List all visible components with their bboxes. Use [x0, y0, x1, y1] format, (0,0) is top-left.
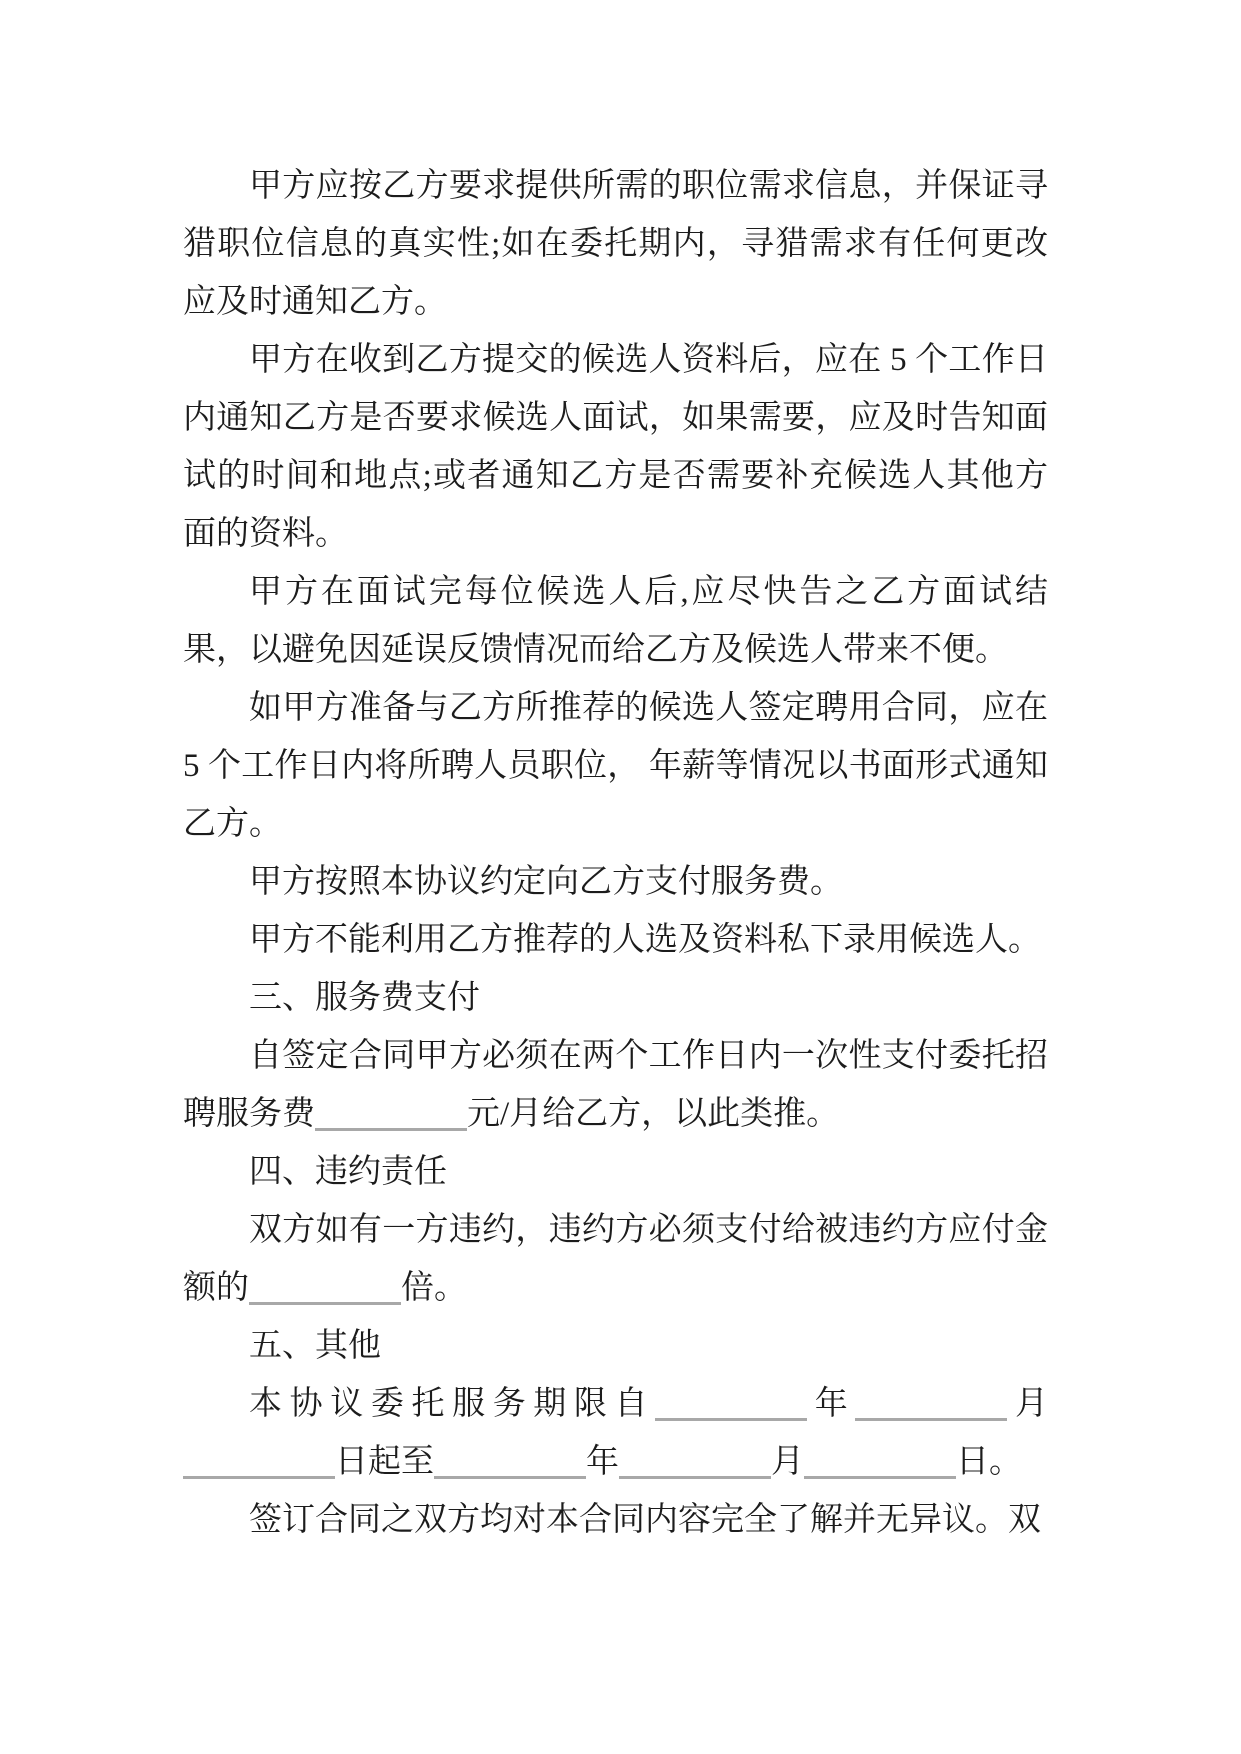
text-run: 本协议委托服务期限自 — [249, 1386, 655, 1422]
text-run: 五、其他 — [249, 1328, 381, 1364]
text-run: 元/月给乙方，以此类推。 — [467, 1096, 839, 1132]
clause-paragraph: 如甲方准备与乙方所推荐的候选人签定聘用合同，应在 5 个工作日内将所聘人员职位，… — [183, 679, 1048, 853]
text-run: 甲方不能利用乙方推荐的人选及资料私下录用候选人。 — [249, 922, 1041, 958]
text-run: 倍。 — [401, 1270, 467, 1306]
fill-in-blank — [855, 1388, 1007, 1421]
document-body: 甲方应按乙方要求提供所需的职位需求信息，并保证寻猎职位信息的真实性;如在委托期内… — [183, 157, 1048, 1549]
text-run: 日起至 — [335, 1444, 434, 1480]
section-heading: 四、违约责任 — [183, 1143, 1048, 1201]
text-run: 年 — [586, 1444, 619, 1480]
text-run: 签订合同之双方均对本合同内容完全了解并无异议。双 — [249, 1502, 1041, 1538]
text-run: 三、服务费支付 — [249, 980, 480, 1016]
clause-paragraph: 甲方在收到乙方提交的候选人资料后，应在 5 个工作日内通知乙方是否要求候选人面试… — [183, 331, 1048, 563]
section-heading: 三、服务费支付 — [183, 969, 1048, 1027]
section-heading: 五、其他 — [183, 1317, 1048, 1375]
clause-paragraph: 甲方不能利用乙方推荐的人选及资料私下录用候选人。 — [183, 911, 1048, 969]
fill-in-blank — [804, 1446, 956, 1479]
clause-paragraph: 本协议委托服务期限自年月日起至年月日。 — [183, 1375, 1048, 1491]
text-run: 甲方在面试完每位候选人后,应尽快告之乙方面试结果，以避免因延误反馈情况而给乙方及… — [183, 574, 1048, 668]
clause-paragraph: 甲方在面试完每位候选人后,应尽快告之乙方面试结果，以避免因延误反馈情况而给乙方及… — [183, 563, 1048, 679]
text-run: 日。 — [956, 1444, 1022, 1480]
fill-in-blank — [619, 1446, 771, 1479]
fill-in-blank — [434, 1446, 586, 1479]
fill-in-blank — [183, 1446, 335, 1479]
clause-paragraph: 签订合同之双方均对本合同内容完全了解并无异议。双 — [183, 1491, 1048, 1549]
fill-in-blank — [315, 1098, 467, 1131]
text-run: 月 — [1007, 1386, 1048, 1422]
contract-page: 甲方应按乙方要求提供所需的职位需求信息，并保证寻猎职位信息的真实性;如在委托期内… — [0, 0, 1241, 1754]
clause-paragraph: 自签定合同甲方必须在两个工作日内一次性支付委托招聘服务费元/月给乙方，以此类推。 — [183, 1027, 1048, 1143]
text-run: 甲方在收到乙方提交的候选人资料后，应在 5 个工作日内通知乙方是否要求候选人面试… — [183, 342, 1048, 552]
clause-paragraph: 甲方按照本协议约定向乙方支付服务费。 — [183, 853, 1048, 911]
clause-paragraph: 双方如有一方违约，违约方必须支付给被违约方应付金额的倍。 — [183, 1201, 1048, 1317]
fill-in-blank — [249, 1272, 401, 1305]
text-run: 年 — [807, 1386, 855, 1422]
text-run: 甲方按照本协议约定向乙方支付服务费。 — [249, 864, 843, 900]
text-run: 如甲方准备与乙方所推荐的候选人签定聘用合同，应在 5 个工作日内将所聘人员职位，… — [183, 690, 1048, 842]
fill-in-blank — [655, 1388, 807, 1421]
text-run: 甲方应按乙方要求提供所需的职位需求信息，并保证寻猎职位信息的真实性;如在委托期内… — [183, 168, 1048, 320]
text-run: 月 — [771, 1444, 804, 1480]
text-run: 四、违约责任 — [249, 1154, 447, 1190]
clause-paragraph: 甲方应按乙方要求提供所需的职位需求信息，并保证寻猎职位信息的真实性;如在委托期内… — [183, 157, 1048, 331]
